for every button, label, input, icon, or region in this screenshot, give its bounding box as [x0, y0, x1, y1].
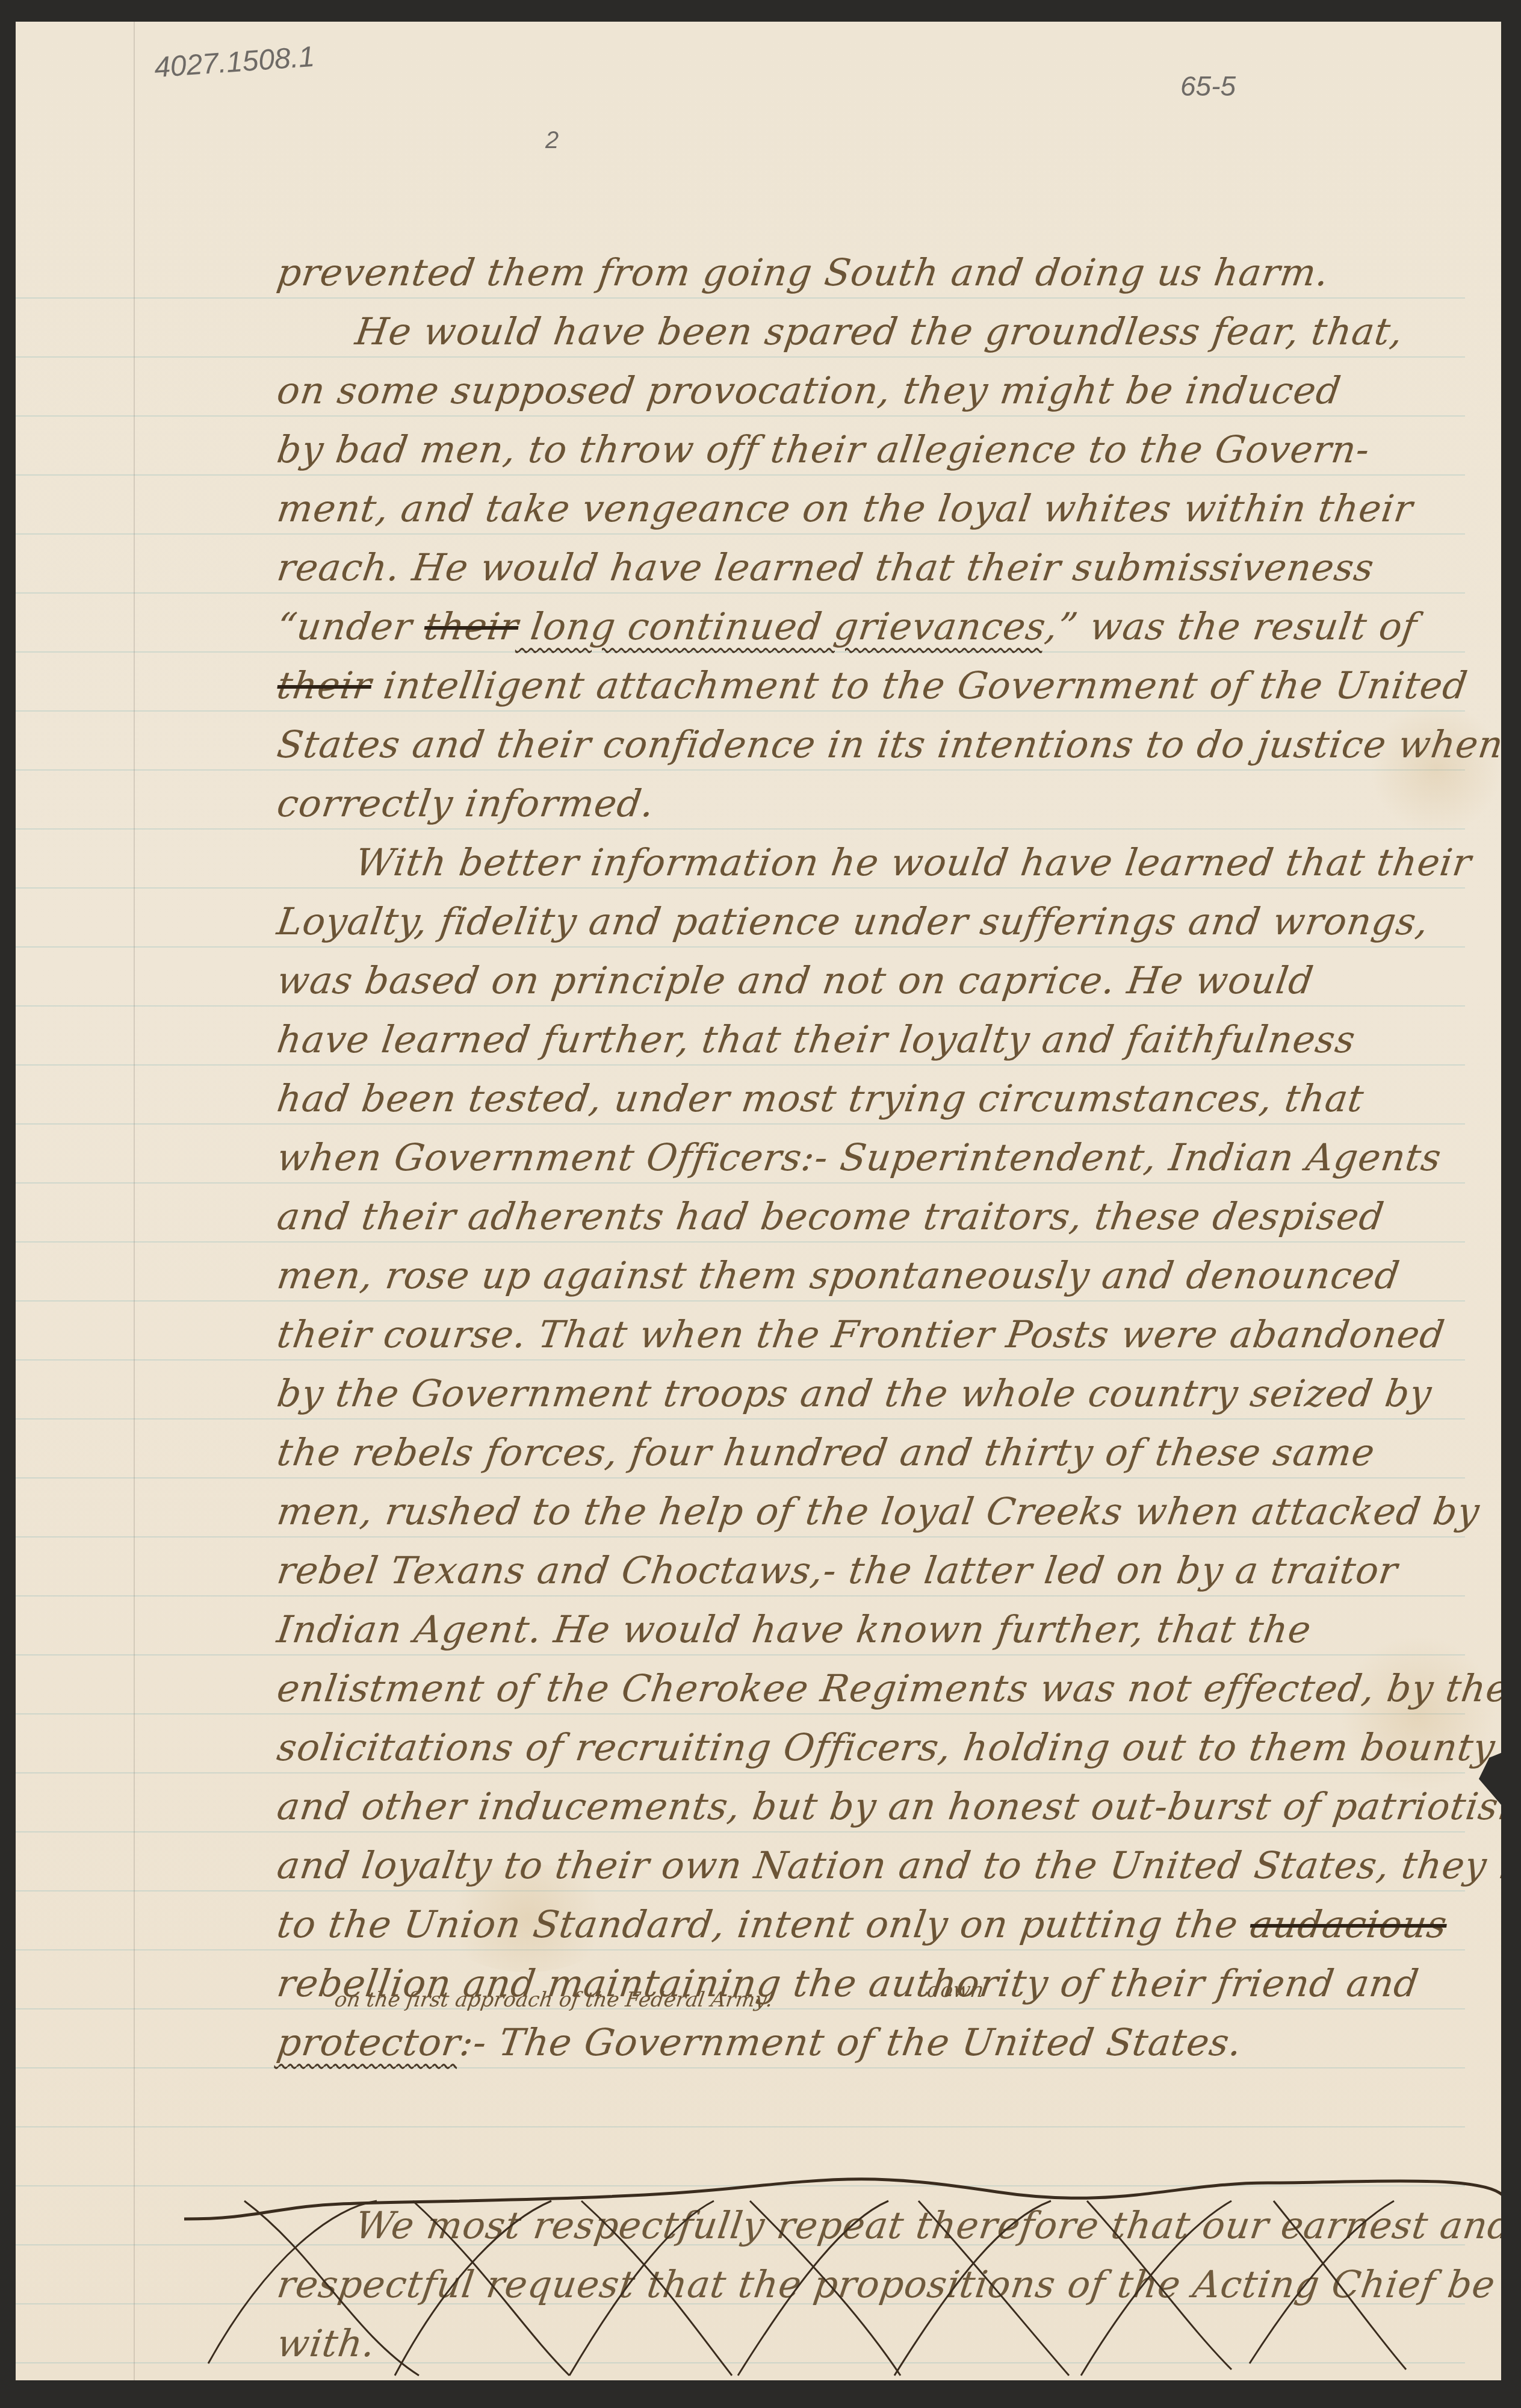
manuscript-line: reach. He would have learned that their … [274, 545, 1435, 589]
manuscript-line: their course. That when the Frontier Pos… [274, 1312, 1435, 1356]
line-text: intelligent attachment to the Government… [368, 663, 1470, 707]
underlined-text: long continued grievances [515, 604, 1049, 648]
line-text: was based on principle and not on capric… [274, 958, 1316, 1002]
line-text: and their adherents had become traitors,… [274, 1194, 1387, 1238]
manuscript-line: ment, and take vengeance on the loyal wh… [274, 486, 1435, 530]
line-text: Loyalty, fidelity and patience under suf… [274, 899, 1432, 943]
line-text: to the Union Standard, intent only on pu… [274, 1902, 1254, 1946]
line-text: their course. That when the Frontier Pos… [274, 1312, 1448, 1356]
line-text: “under [274, 604, 428, 648]
manuscript-line: men, rushed to the help of the loyal Cre… [274, 1489, 1435, 1533]
line-text: Indian Agent. He would have known furthe… [274, 1607, 1314, 1651]
margin-line [134, 22, 135, 2380]
rule-line [16, 533, 1465, 535]
manuscript-line: have learned further, that their loyalty… [274, 1017, 1435, 1061]
manuscript-line: solicitations of recruiting Officers, ho… [274, 1725, 1435, 1769]
rule-line [16, 356, 1465, 358]
manuscript-line: Indian Agent. He would have known furthe… [274, 1607, 1435, 1651]
line-text: and loyalty to their own Nation and to t… [274, 1843, 1521, 1887]
line-text: when Government Officers:- Superintenden… [274, 1135, 1444, 1179]
rule-line [16, 297, 1465, 299]
rule-line [16, 1890, 1465, 1891]
manuscript-line: to the Union Standard, intent only on pu… [274, 1902, 1435, 1946]
folio-number: 65-5 [1180, 70, 1236, 102]
line-text: and other inducements, but by an honest … [274, 1784, 1521, 1828]
rule-line [16, 887, 1465, 889]
manuscript-line: enlistment of the Cherokee Regiments was… [274, 1666, 1435, 1710]
line-text: the rebels forces, four hundred and thir… [274, 1430, 1378, 1474]
manuscript-line: by bad men, to throw off their allegienc… [274, 427, 1435, 471]
rule-line [16, 946, 1465, 948]
manuscript-line: when Government Officers:- Superintenden… [274, 1135, 1435, 1179]
manuscript-line: With better information he would have le… [353, 840, 1435, 884]
line-text: ,” was the result of [1042, 604, 1420, 648]
rule-line [16, 1772, 1465, 1773]
manuscript-line: Loyalty, fidelity and patience under suf… [274, 899, 1435, 943]
line-text: by the Government troops and the whole c… [274, 1371, 1435, 1415]
rule-line [16, 1949, 1465, 1950]
manuscript-line: prevented them from going South and doin… [274, 250, 1435, 294]
rule-line [16, 1654, 1465, 1655]
manuscript-line: States and their confidence in its inten… [274, 722, 1435, 766]
rule-line [16, 1123, 1465, 1125]
rule-line [16, 2067, 1465, 2068]
manuscript-line: and loyalty to their own Nation and to t… [274, 1843, 1435, 1887]
line-text: States and their confidence in its inten… [274, 722, 1507, 766]
manuscript-line: correctly informed. [274, 781, 1435, 825]
underlined-text: protector [274, 2020, 463, 2064]
line-text: on some supposed provocation, they might… [274, 368, 1344, 412]
rule-line [16, 415, 1465, 417]
rule-line [16, 592, 1465, 594]
manuscript-line: and other inducements, but by an honest … [274, 1784, 1435, 1828]
page-number: 2 [545, 127, 559, 154]
line-text: :- The Government of the United States. [457, 2020, 1245, 2064]
line-text: ment, and take vengeance on the loyal wh… [274, 486, 1416, 530]
manuscript-line: He would have been spared the groundless… [353, 309, 1435, 353]
rule-line [16, 1300, 1465, 1302]
manuscript-page: 4027.1508.1 65-5 2 prevented them from g… [16, 22, 1501, 2380]
archive-number: 4027.1508.1 [153, 40, 315, 84]
line-text: by bad men, to throw off their allegienc… [274, 427, 1373, 471]
rule-line [16, 710, 1465, 712]
rule-line [16, 1713, 1465, 1714]
manuscript-line: their intelligent attachment to the Gove… [274, 663, 1435, 707]
manuscript-line: the rebels forces, four hundred and thir… [274, 1430, 1435, 1474]
rule-line [16, 651, 1465, 653]
line-text: correctly informed. [274, 781, 657, 825]
rule-line [16, 828, 1465, 830]
rule-line [16, 1064, 1465, 1066]
rule-line [16, 1418, 1465, 1420]
manuscript-line: protector:- The Government of the United… [274, 2020, 1435, 2064]
manuscript-line: and their adherents had become traitors,… [274, 1194, 1435, 1238]
manuscript-line: was based on principle and not on capric… [274, 958, 1435, 1002]
line-text: With better information he would have le… [353, 840, 1474, 884]
rule-line [16, 1241, 1465, 1243]
struck-word: audacious [1247, 1902, 1449, 1946]
manuscript-line: men, rose up against them spontaneously … [274, 1253, 1435, 1297]
rule-line [16, 1182, 1465, 1184]
struck-word: their [421, 604, 521, 648]
manuscript-line: “under their long continued grievances,”… [274, 604, 1435, 648]
line-text: He would have been spared the groundless… [353, 309, 1406, 353]
rule-line [16, 1477, 1465, 1479]
rule-line [16, 1536, 1465, 1538]
line-text: solicitations of recruiting Officers, ho… [274, 1725, 1498, 1769]
line-text: prevented them from going South and doin… [274, 250, 1332, 294]
manuscript-line: on some supposed provocation, they might… [274, 368, 1435, 412]
rule-line [16, 1005, 1465, 1007]
manuscript-line: had been tested, under most trying circu… [274, 1076, 1435, 1120]
rule-line [16, 769, 1465, 771]
line-text: men, rushed to the help of the loyal Cre… [274, 1489, 1482, 1533]
line-text: rebel Texans and Choctaws,- the latter l… [274, 1548, 1401, 1592]
line-text: had been tested, under most trying circu… [274, 1076, 1367, 1120]
line-text: have learned further, that their loyalty… [274, 1017, 1358, 1061]
manuscript-line: rebel Texans and Choctaws,- the latter l… [274, 1548, 1435, 1592]
insertion-down: down [926, 1978, 985, 2002]
rule-line [16, 2126, 1465, 2127]
line-text: enlistment of the Cherokee Regiments was… [274, 1666, 1512, 1710]
rule-line [16, 1831, 1465, 1832]
rule-line [16, 1359, 1465, 1361]
rule-line [16, 474, 1465, 476]
insertion-federal-army: on the first approach of the Federal Arm… [333, 1988, 775, 2012]
line-text: reach. He would have learned that their … [274, 545, 1377, 589]
rule-line [16, 1595, 1465, 1597]
cancellation-crosses [196, 2183, 1490, 2382]
manuscript-line: by the Government troops and the whole c… [274, 1371, 1435, 1415]
struck-word: their [274, 663, 374, 707]
line-text: men, rose up against them spontaneously … [274, 1253, 1402, 1297]
